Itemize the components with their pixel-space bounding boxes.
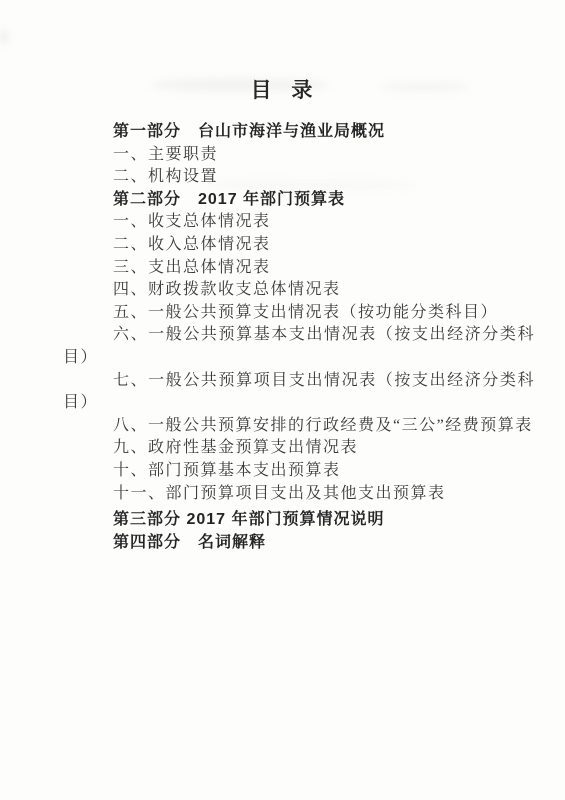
toc-entry: 一、收支总体情况表 [63, 211, 535, 234]
toc-entry: 一、主要职责 [63, 144, 535, 167]
toc-section-heading: 第一部分 台山市海洋与渔业局概况 [63, 121, 535, 144]
toc-entry: 四、财政拨款收支总体情况表 [63, 279, 535, 302]
toc-entry: 十一、部门预算项目支出及其他支出预算表 [63, 483, 535, 506]
toc-section-heading: 第三部分 2017 年部门预算情况说明 [63, 509, 535, 532]
toc-entry: 十、部门预算基本支出预算表 [63, 460, 535, 483]
page-title: 目 录 [0, 74, 565, 104]
toc-section-heading: 第二部分 2017 年部门预算表 [63, 189, 535, 212]
toc-entry: 七、一般公共预算项目支出情况表（按支出经济分类科目） [63, 370, 535, 415]
scanned-document-page: 目 录 第一部分 台山市海洋与渔业局概况一、主要职责二、机构设置第二部分 201… [0, 0, 565, 800]
toc-entry: 二、收入总体情况表 [63, 234, 535, 257]
toc-entry: 九、政府性基金预算支出情况表 [63, 437, 535, 460]
toc-entry: 六、一般公共预算基本支出情况表（按支出经济分类科目） [63, 324, 535, 369]
table-of-contents: 第一部分 台山市海洋与渔业局概况一、主要职责二、机构设置第二部分 2017 年部… [63, 121, 535, 554]
scan-smudge [0, 30, 8, 44]
toc-section-heading: 第四部分 名词解释 [63, 532, 535, 555]
toc-entry: 八、一般公共预算安排的行政经费及“三公”经费预算表 [63, 415, 535, 438]
toc-entry: 二、机构设置 [63, 166, 535, 189]
toc-entry: 三、支出总体情况表 [63, 257, 535, 280]
toc-entry: 五、一般公共预算支出情况表（按功能分类科目） [63, 302, 535, 325]
